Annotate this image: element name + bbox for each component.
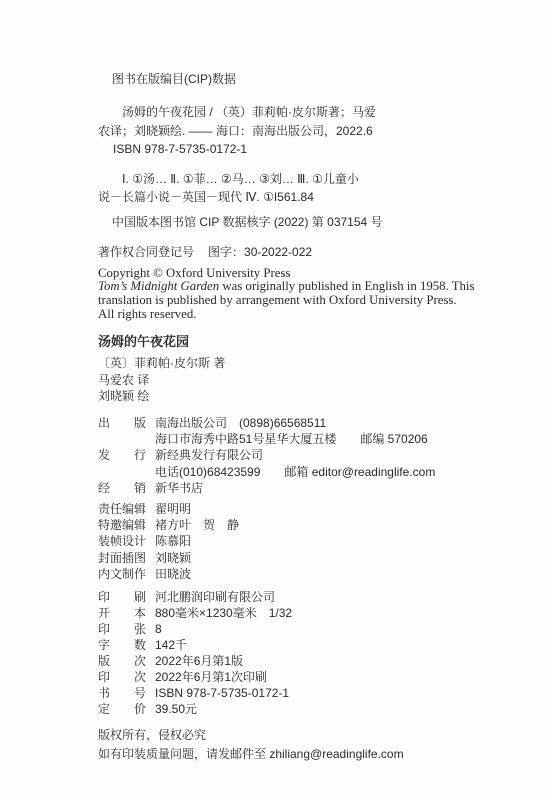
copyright-line: Copyright © Oxford University Press: [98, 267, 502, 281]
cip-entry: 汤姆的午夜花园 / （英）菲莉帕·皮尔斯著；马爱 农译；刘晓颖绘. —— 海口：…: [98, 103, 502, 159]
printing-value: 880毫米×1230毫米 1/32: [155, 605, 502, 621]
work-title-italic: Tom’s Midnight Garden: [98, 279, 219, 293]
credit-row: 封面插图 刘晓颖: [98, 550, 502, 566]
distributor-label: 发行: [98, 447, 146, 463]
distributor-name: 新经典发行有限公司: [155, 447, 502, 463]
credit-label: 装帧设计: [98, 533, 146, 549]
printing-row: 印次 2022年6月第1次印刷: [98, 669, 502, 685]
credits-block: 责任编辑 翟明明 特邀编辑 褚方叶 贺 静 装帧设计 陈慕阳 封面插图 刘晓颖 …: [98, 501, 502, 583]
printing-row: 印刷 河北鹏润印刷有限公司: [98, 589, 502, 605]
printing-label: 版次: [98, 653, 146, 669]
quality-contact-line: 如有印装质量问题，请发邮件至 zhiliang@readinglife.com: [98, 745, 502, 764]
book-info: 汤姆的午夜花园 〔英〕菲莉帕·皮尔斯 著 马爱农 译 刘晓颖 绘: [98, 333, 502, 405]
credit-label: 封面插图: [98, 550, 146, 566]
printing-value: 142千: [155, 637, 502, 653]
printing-row: 印张 8: [98, 621, 502, 637]
publisher-address: 海口市海秀中路51号星华大厦五楼 邮编 570206: [155, 431, 502, 447]
printing-block: 印刷 河北鹏润印刷有限公司 开本 880毫米×1230毫米 1/32 印张 8 …: [98, 589, 502, 718]
cip-entry-line2: 农译；刘晓颖绘. —— 海口：南海出版公司，2022.6: [98, 122, 502, 141]
credit-value: 翟明明: [155, 501, 502, 517]
registration-value: 图字：30-2022-022: [208, 245, 312, 259]
credit-value: 刘晓颖: [155, 550, 502, 566]
publisher-value: 南海出版公司 (0898)66568511 海口市海秀中路51号星华大厦五楼 邮…: [155, 415, 502, 448]
cip-isbn: ISBN 978-7-5735-0172-1: [98, 140, 502, 159]
rights-reserved-line: All rights reserved.: [98, 308, 502, 322]
credit-row: 内文制作 田晓波: [98, 566, 502, 582]
printing-label: 印刷: [98, 589, 146, 605]
copyright-registration: 著作权合同登记号图字：30-2022-022: [98, 243, 502, 260]
registration-label: 著作权合同登记号: [98, 245, 194, 259]
cip-class-line2: 说－长篇小说－英国－现代 Ⅳ. ①I561.84: [98, 188, 502, 207]
original-publication-line: Tom’s Midnight Garden was originally pub…: [98, 280, 502, 308]
seller-label: 经销: [98, 480, 146, 496]
cip-class-line1: Ⅰ. ①汤… Ⅱ. ①菲… ②马… ③刘… Ⅲ. ①儿童小: [98, 170, 502, 189]
footer-notices: 版权所有，侵权必究 如有印装质量问题，请发邮件至 zhiliang@readin…: [98, 726, 502, 763]
english-copyright-block: Copyright © Oxford University Press Tom’…: [98, 267, 502, 323]
credit-value: 褚方叶 贺 静: [155, 517, 502, 533]
cip-entry-line1: 汤姆的午夜花园 / （英）菲莉帕·皮尔斯著；马爱: [98, 103, 502, 122]
distributor-contact: 电话(010)68423599 邮箱 editor@readinglife.co…: [155, 464, 502, 480]
printing-label: 开本: [98, 605, 146, 621]
printing-label: 书号: [98, 685, 146, 701]
printing-label: 印张: [98, 621, 146, 637]
printing-value: 8: [155, 621, 502, 637]
book-illustrator: 刘晓颖 绘: [98, 388, 502, 405]
credit-row: 特邀编辑 褚方叶 贺 静: [98, 517, 502, 533]
credit-value: 田晓波: [155, 566, 502, 582]
credit-row: 责任编辑 翟明明: [98, 501, 502, 517]
book-title: 汤姆的午夜花园: [98, 333, 502, 350]
publisher-label: 出版: [98, 415, 146, 431]
distributor-row: 发行 新经典发行有限公司 电话(010)68423599 邮箱 editor@r…: [98, 447, 502, 480]
book-translator: 马爱农 译: [98, 372, 502, 389]
credit-row: 装帧设计 陈慕阳: [98, 533, 502, 549]
rights-notice: 版权所有，侵权必究: [98, 726, 502, 745]
cip-classification: Ⅰ. ①汤… Ⅱ. ①菲… ②马… ③刘… Ⅲ. ①儿童小 说－长篇小说－英国－…: [98, 170, 502, 207]
seller-row: 经销 新华书店: [98, 480, 502, 496]
printing-row: 字数 142千: [98, 637, 502, 653]
credit-label: 内文制作: [98, 566, 146, 582]
book-author: 〔英〕菲莉帕·皮尔斯 著: [98, 355, 502, 372]
printing-value: ISBN 978-7-5735-0172-1: [155, 685, 502, 701]
cip-record-number: 中国版本图书馆 CIP 数据核字 (2022) 第 037154 号: [98, 213, 502, 230]
printing-row: 版次 2022年6月第1版: [98, 653, 502, 669]
printing-label: 字数: [98, 637, 146, 653]
printing-value: 39.50元: [155, 701, 502, 717]
credit-value: 陈慕阳: [155, 533, 502, 549]
credit-label: 特邀编辑: [98, 517, 146, 533]
printing-value: 2022年6月第1版: [155, 653, 502, 669]
printing-row: 开本 880毫米×1230毫米 1/32: [98, 605, 502, 621]
printing-label: 定价: [98, 701, 146, 717]
printing-row: 定价 39.50元: [98, 701, 502, 717]
publisher-row: 出版 南海出版公司 (0898)66568511 海口市海秀中路51号星华大厦五…: [98, 415, 502, 448]
printing-row: 书号 ISBN 978-7-5735-0172-1: [98, 685, 502, 701]
printing-value: 河北鹏润印刷有限公司: [155, 589, 502, 605]
distributor-value: 新经典发行有限公司 电话(010)68423599 邮箱 editor@read…: [155, 447, 502, 480]
cip-header: 图书在版编目(CIP)数据: [98, 70, 502, 87]
printing-value: 2022年6月第1次印刷: [155, 669, 502, 685]
publication-block: 出版 南海出版公司 (0898)66568511 海口市海秀中路51号星华大厦五…: [98, 415, 502, 497]
seller-value: 新华书店: [155, 480, 502, 496]
copyright-page: 图书在版编目(CIP)数据 汤姆的午夜花园 / （英）菲莉帕·皮尔斯著；马爱 农…: [0, 0, 552, 800]
credit-label: 责任编辑: [98, 501, 146, 517]
printing-label: 印次: [98, 669, 146, 685]
publisher-name-phone: 南海出版公司 (0898)66568511: [155, 415, 502, 431]
